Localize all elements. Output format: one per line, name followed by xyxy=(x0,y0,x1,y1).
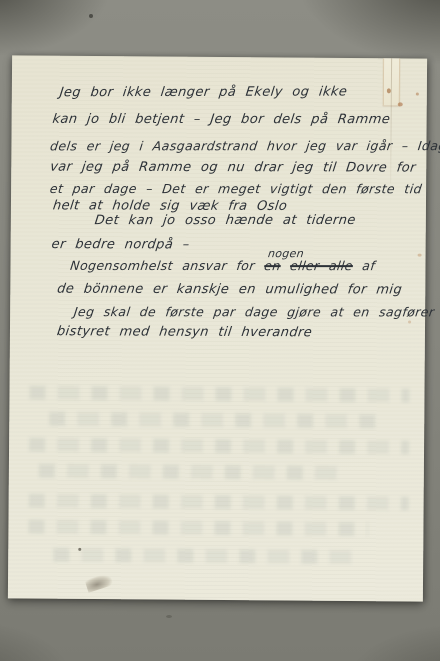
rust-spot xyxy=(408,320,411,323)
backdrop-speck xyxy=(166,615,172,618)
struck-words: eller alle xyxy=(289,258,354,273)
struck-word: en xyxy=(263,258,281,273)
verso-show-through xyxy=(29,494,409,511)
rust-spot xyxy=(398,102,403,106)
letter-paper: Jeg bor ikke længer på Ekely og ikke kan… xyxy=(8,55,427,601)
rust-spot xyxy=(416,93,419,96)
handwriting-line-10: de bönnene er kanskje en umulighed for m… xyxy=(56,282,403,298)
revision-pre: Nogensomhelst ansvar for xyxy=(69,258,255,273)
handwriting-line-11: Jeg skal de første par dage gjøre at en … xyxy=(73,304,435,319)
verso-show-through xyxy=(29,438,409,455)
verso-show-through xyxy=(39,464,339,480)
inserted-word: nogen xyxy=(267,247,305,260)
handwriting-line-3: dels er jeg i Aasgaardstrand hvor jeg va… xyxy=(49,138,440,153)
handwriting-line-2: kan jo bli betjent – Jeg bor dels på Ram… xyxy=(52,112,392,127)
handwriting-line-4: var jeg på Ramme og nu drar jeg til Dovr… xyxy=(49,160,417,176)
handwriting-line-5: et par dage – Det er meget vigtigt den f… xyxy=(49,181,423,196)
ink-smudge xyxy=(85,572,114,592)
rust-spot xyxy=(418,254,422,257)
verso-show-through xyxy=(49,412,379,429)
verso-show-through xyxy=(29,386,409,403)
verso-show-through xyxy=(53,548,363,564)
photo-background: Jeg bor ikke længer på Ekely og ikke kan… xyxy=(0,0,440,661)
backdrop-speck xyxy=(89,14,93,18)
handwriting-line-8: er bedre nordpå – xyxy=(51,237,191,252)
handwriting-line-9: Nogensomhelst ansvar for en eller alle a… xyxy=(69,258,376,273)
handwriting-line-6: helt at holde sig væk fra Oslo xyxy=(52,198,288,214)
handwriting-line-12: bistyret med hensyn til hverandre xyxy=(56,324,313,340)
handwriting-line-7: Det kan jo osso hænde at tiderne xyxy=(94,213,357,228)
rust-spot xyxy=(387,88,391,93)
revision-post: af xyxy=(361,258,376,273)
handwriting-line-1: Jeg bor ikke længer på Ekely og ikke xyxy=(59,85,348,101)
verso-show-through xyxy=(28,520,368,537)
